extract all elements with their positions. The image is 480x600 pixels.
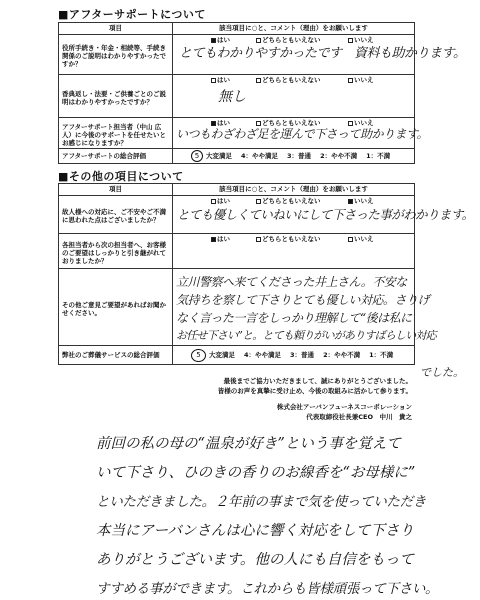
answer-cell: はい どちらともいえない いいえ とても優しくていねいにして下さった事がわかりま… xyxy=(173,196,415,234)
closing-thanks: 最後までご協力いただきまして、誠にありがとうございました。 皆様のお声を真摯に受… xyxy=(218,376,412,396)
rating-option[interactable]: 2：やや不満 xyxy=(323,351,360,359)
letter-line: といただきました。２年前の事まで気を使っていただき xyxy=(96,488,438,517)
option-no[interactable]: いいえ xyxy=(348,76,398,85)
option-label: どちらともいえない xyxy=(262,235,321,244)
header-item: 項目 xyxy=(59,23,173,35)
handwritten-comment: とてもわかりやすかったです 資料も助かります。 xyxy=(173,45,414,58)
selected-rating-circle[interactable]: 5 xyxy=(191,150,203,162)
closing-line-2: 皆様のお声を真摯に受け止め、今後の取組みに活かして参ります。 xyxy=(218,386,412,396)
option-label: はい xyxy=(217,235,230,244)
handwritten-letter: 前回の私の母の“温泉が好き”という事を覚えて いて下さり、ひのきの香りのお線香を… xyxy=(96,430,438,600)
rating-option[interactable]: 4：やや満足 xyxy=(244,351,281,359)
question: アフターサポート担当者（中山 広人）に今後のサポートを任せたいとお感じになります… xyxy=(59,118,173,149)
handwritten-comment: とても優しくていねいにして下さった事がわかります。 xyxy=(173,206,414,219)
letter-line: 本当にアーバンさんは心に響く対応をして下さり xyxy=(96,517,438,546)
option-yes[interactable]: はい xyxy=(211,235,256,244)
question: 故人様への対応に、ご不安やご不満に思われた点はございましたか？ xyxy=(59,196,173,234)
checkbox-icon[interactable] xyxy=(256,78,261,83)
checkbox-checked-icon[interactable] xyxy=(211,121,216,126)
rating-option[interactable]: 大変満足 xyxy=(209,351,235,359)
options: はい どちらともいえない いいえ xyxy=(173,196,414,206)
checkbox-icon[interactable] xyxy=(256,121,261,126)
rating-scale: 5 大変満足 4：やや満足 3：普通 2：やや不満 1：不満 xyxy=(173,346,414,364)
option-neutral[interactable]: どちらともいえない xyxy=(256,197,348,206)
letter-line: ありがとうございます。他の人にも自信をもって xyxy=(96,546,438,575)
rating-cell: 5 大変満足 4：やや満足 3：普通 2：やや不満 1：不満 xyxy=(173,149,415,164)
answer-cell: はい どちらともいえない いいえ とてもわかりやすかったです 資料も助かります。 xyxy=(173,35,415,75)
ceo-signature: 代表取締役社長兼CEO 中川 貴之 xyxy=(277,412,412,422)
option-neutral[interactable]: どちらともいえない xyxy=(256,76,348,85)
checkbox-icon[interactable] xyxy=(211,78,216,83)
question: 役所手続き・年金・相続等、手続き関係のご説明はわかりやすかったですか？ xyxy=(59,35,173,75)
selected-rating-circle[interactable]: 5 xyxy=(191,349,206,362)
overall-rating-row: アフターサポートの総合評価 5 大変満足 4：やや満足 3：普通 2：やや不満 … xyxy=(59,149,415,164)
letter-line: すすめる事ができます。これからも皆様頑張って下さい。 xyxy=(96,575,438,600)
option-yes[interactable]: はい xyxy=(211,197,256,206)
comment-line: なく言った一言をしっかり理解して“後は私に xyxy=(176,309,414,327)
checkbox-icon[interactable] xyxy=(211,199,216,204)
rating-label: アフターサポートの総合評価 xyxy=(59,149,173,164)
checkbox-icon[interactable] xyxy=(348,38,353,43)
rating-option[interactable]: 1：不満 xyxy=(369,351,393,359)
section-title-other-items: ■その他の項目について xyxy=(58,168,184,184)
letter-line: 前回の私の母の“温泉が好き”という事を覚えて xyxy=(96,430,438,459)
checkbox-icon[interactable] xyxy=(256,237,261,242)
option-label: どちらともいえない xyxy=(262,36,321,45)
option-label: いいえ xyxy=(354,197,374,206)
rating-cell: 5 大変満足 4：やや満足 3：普通 2：やや不満 1：不満 xyxy=(173,346,415,365)
header-answer: 該当項目に○と、コメント（理由）をお願いします xyxy=(173,184,415,196)
table-row: 香典返し・法要・ご供養ごとのご説明はわかりやすかったですか？ はい どちらともい… xyxy=(59,75,415,118)
option-label: はい xyxy=(217,36,230,45)
question: 香典返し・法要・ご供養ごとのご説明はわかりやすかったですか？ xyxy=(59,75,173,118)
company-name: 株式会社アーバンフューネスコーポレーション xyxy=(277,402,412,412)
closing-signature: 株式会社アーバンフューネスコーポレーション 代表取締役社長兼CEO 中川 貴之 xyxy=(277,402,412,422)
comment-line: 立川警察へ来てくださった井上さん。不安な xyxy=(176,273,414,291)
header-item: 項目 xyxy=(59,184,173,196)
handwritten-comment: いつもわざわざ足を運んで下さって助かります。 xyxy=(173,128,414,138)
handwritten-overflow: でした。 xyxy=(420,364,464,380)
handwritten-comment: 無し xyxy=(173,85,414,101)
checkbox-icon[interactable] xyxy=(256,199,261,204)
comment-line: 気持ちを察して下さりとても優しい対応。さりげ xyxy=(176,291,414,309)
checkbox-checked-icon[interactable] xyxy=(348,199,353,204)
rating-option[interactable]: 2：やや不満 xyxy=(320,152,357,160)
checkbox-icon[interactable] xyxy=(348,237,353,242)
answer-cell: はい どちらともいえない いいえ いつもわざわざ足を運んで下さって助かります。 xyxy=(173,118,415,149)
overall-rating-row: 弊社のご葬儀サービスの総合評価 5 大変満足 4：やや満足 3：普通 2：やや不… xyxy=(59,346,415,365)
checkbox-icon[interactable] xyxy=(256,38,261,43)
checkbox-checked-icon[interactable] xyxy=(211,38,216,43)
table-row: アフターサポート担当者（中山 広人）に今後のサポートを任せたいとお感じになります… xyxy=(59,118,415,149)
answer-cell: 立川警察へ来てくださった井上さん。不安な 気持ちを察して下さりとても優しい対応。… xyxy=(173,269,415,346)
table-row: 各担当者から次の担当者へ、お客様のご要望はしっかりと引き継がれておりましたか？ … xyxy=(59,234,415,269)
option-label: はい xyxy=(217,76,230,85)
option-neutral[interactable]: どちらともいえない xyxy=(256,235,348,244)
rating-label: 弊社のご葬儀サービスの総合評価 xyxy=(59,346,173,365)
checkbox-icon[interactable] xyxy=(348,121,353,126)
handwritten-comment: 立川警察へ来てくださった井上さん。不安な 気持ちを察して下さりとても優しい対応。… xyxy=(173,269,414,345)
answer-cell: はい どちらともいえない いいえ 無し xyxy=(173,75,415,118)
option-yes[interactable]: はい xyxy=(211,76,256,85)
rating-option[interactable]: 3：普通 xyxy=(287,152,311,160)
question: その他ご意見ご要望があればお聞かせください。 xyxy=(59,269,173,346)
options: はい どちらともいえない いいえ xyxy=(173,35,414,45)
closing-line-1: 最後までご協力いただきまして、誠にありがとうございました。 xyxy=(218,376,412,386)
checkbox-icon[interactable] xyxy=(348,78,353,83)
option-label: いいえ xyxy=(354,36,374,45)
comment-line: お任せ下さい”と。とても頼りがいがありすばらしい対応 xyxy=(176,327,414,345)
option-label: いいえ xyxy=(354,235,374,244)
options: はい どちらともいえない いいえ xyxy=(173,234,414,244)
after-support-table: 項目 該当項目に○と、コメント（理由）をお願いします 役所手続き・年金・相続等、… xyxy=(58,22,415,164)
letter-line: いて下さり、ひのきの香りのお線香を“お母様に” xyxy=(96,459,438,488)
option-yes[interactable]: はい xyxy=(211,36,256,45)
answer-cell: はい どちらともいえない いいえ xyxy=(173,234,415,269)
options: はい どちらともいえない いいえ xyxy=(173,75,414,85)
rating-option[interactable]: 3：普通 xyxy=(290,351,314,359)
option-no[interactable]: いいえ xyxy=(348,36,398,45)
rating-scale: 5 大変満足 4：やや満足 3：普通 2：やや不満 1：不満 xyxy=(173,149,414,163)
table-row: その他ご意見ご要望があればお聞かせください。 立川警察へ来てくださった井上さん。… xyxy=(59,269,415,346)
option-no[interactable]: いいえ xyxy=(348,235,398,244)
option-label: いいえ xyxy=(354,76,374,85)
table-header: 項目 該当項目に○と、コメント（理由）をお願いします xyxy=(59,23,415,35)
rating-option[interactable]: 1：不満 xyxy=(366,152,390,160)
header-answer: 該当項目に○と、コメント（理由）をお願いします xyxy=(173,23,415,35)
option-label: はい xyxy=(217,197,230,206)
option-label: どちらともいえない xyxy=(262,197,321,206)
rating-option[interactable]: 大変満足 xyxy=(206,152,232,160)
checkbox-checked-icon[interactable] xyxy=(211,237,216,242)
question: 各担当者から次の担当者へ、お客様のご要望はしっかりと引き継がれておりましたか？ xyxy=(59,234,173,269)
section-title-after-support: ■アフターサポートについて xyxy=(58,6,206,22)
other-items-table: 項目 該当項目に○と、コメント（理由）をお願いします 故人様への対応に、ご不安や… xyxy=(58,183,415,365)
table-header: 項目 該当項目に○と、コメント（理由）をお願いします xyxy=(59,184,415,196)
option-label: どちらともいえない xyxy=(262,76,321,85)
option-no[interactable]: いいえ xyxy=(348,197,398,206)
option-neutral[interactable]: どちらともいえない xyxy=(256,36,348,45)
rating-option[interactable]: 4：やや満足 xyxy=(241,152,278,160)
table-row: 役所手続き・年金・相続等、手続き関係のご説明はわかりやすかったですか？ はい ど… xyxy=(59,35,415,75)
table-row: 故人様への対応に、ご不安やご不満に思われた点はございましたか？ はい どちらとも… xyxy=(59,196,415,234)
